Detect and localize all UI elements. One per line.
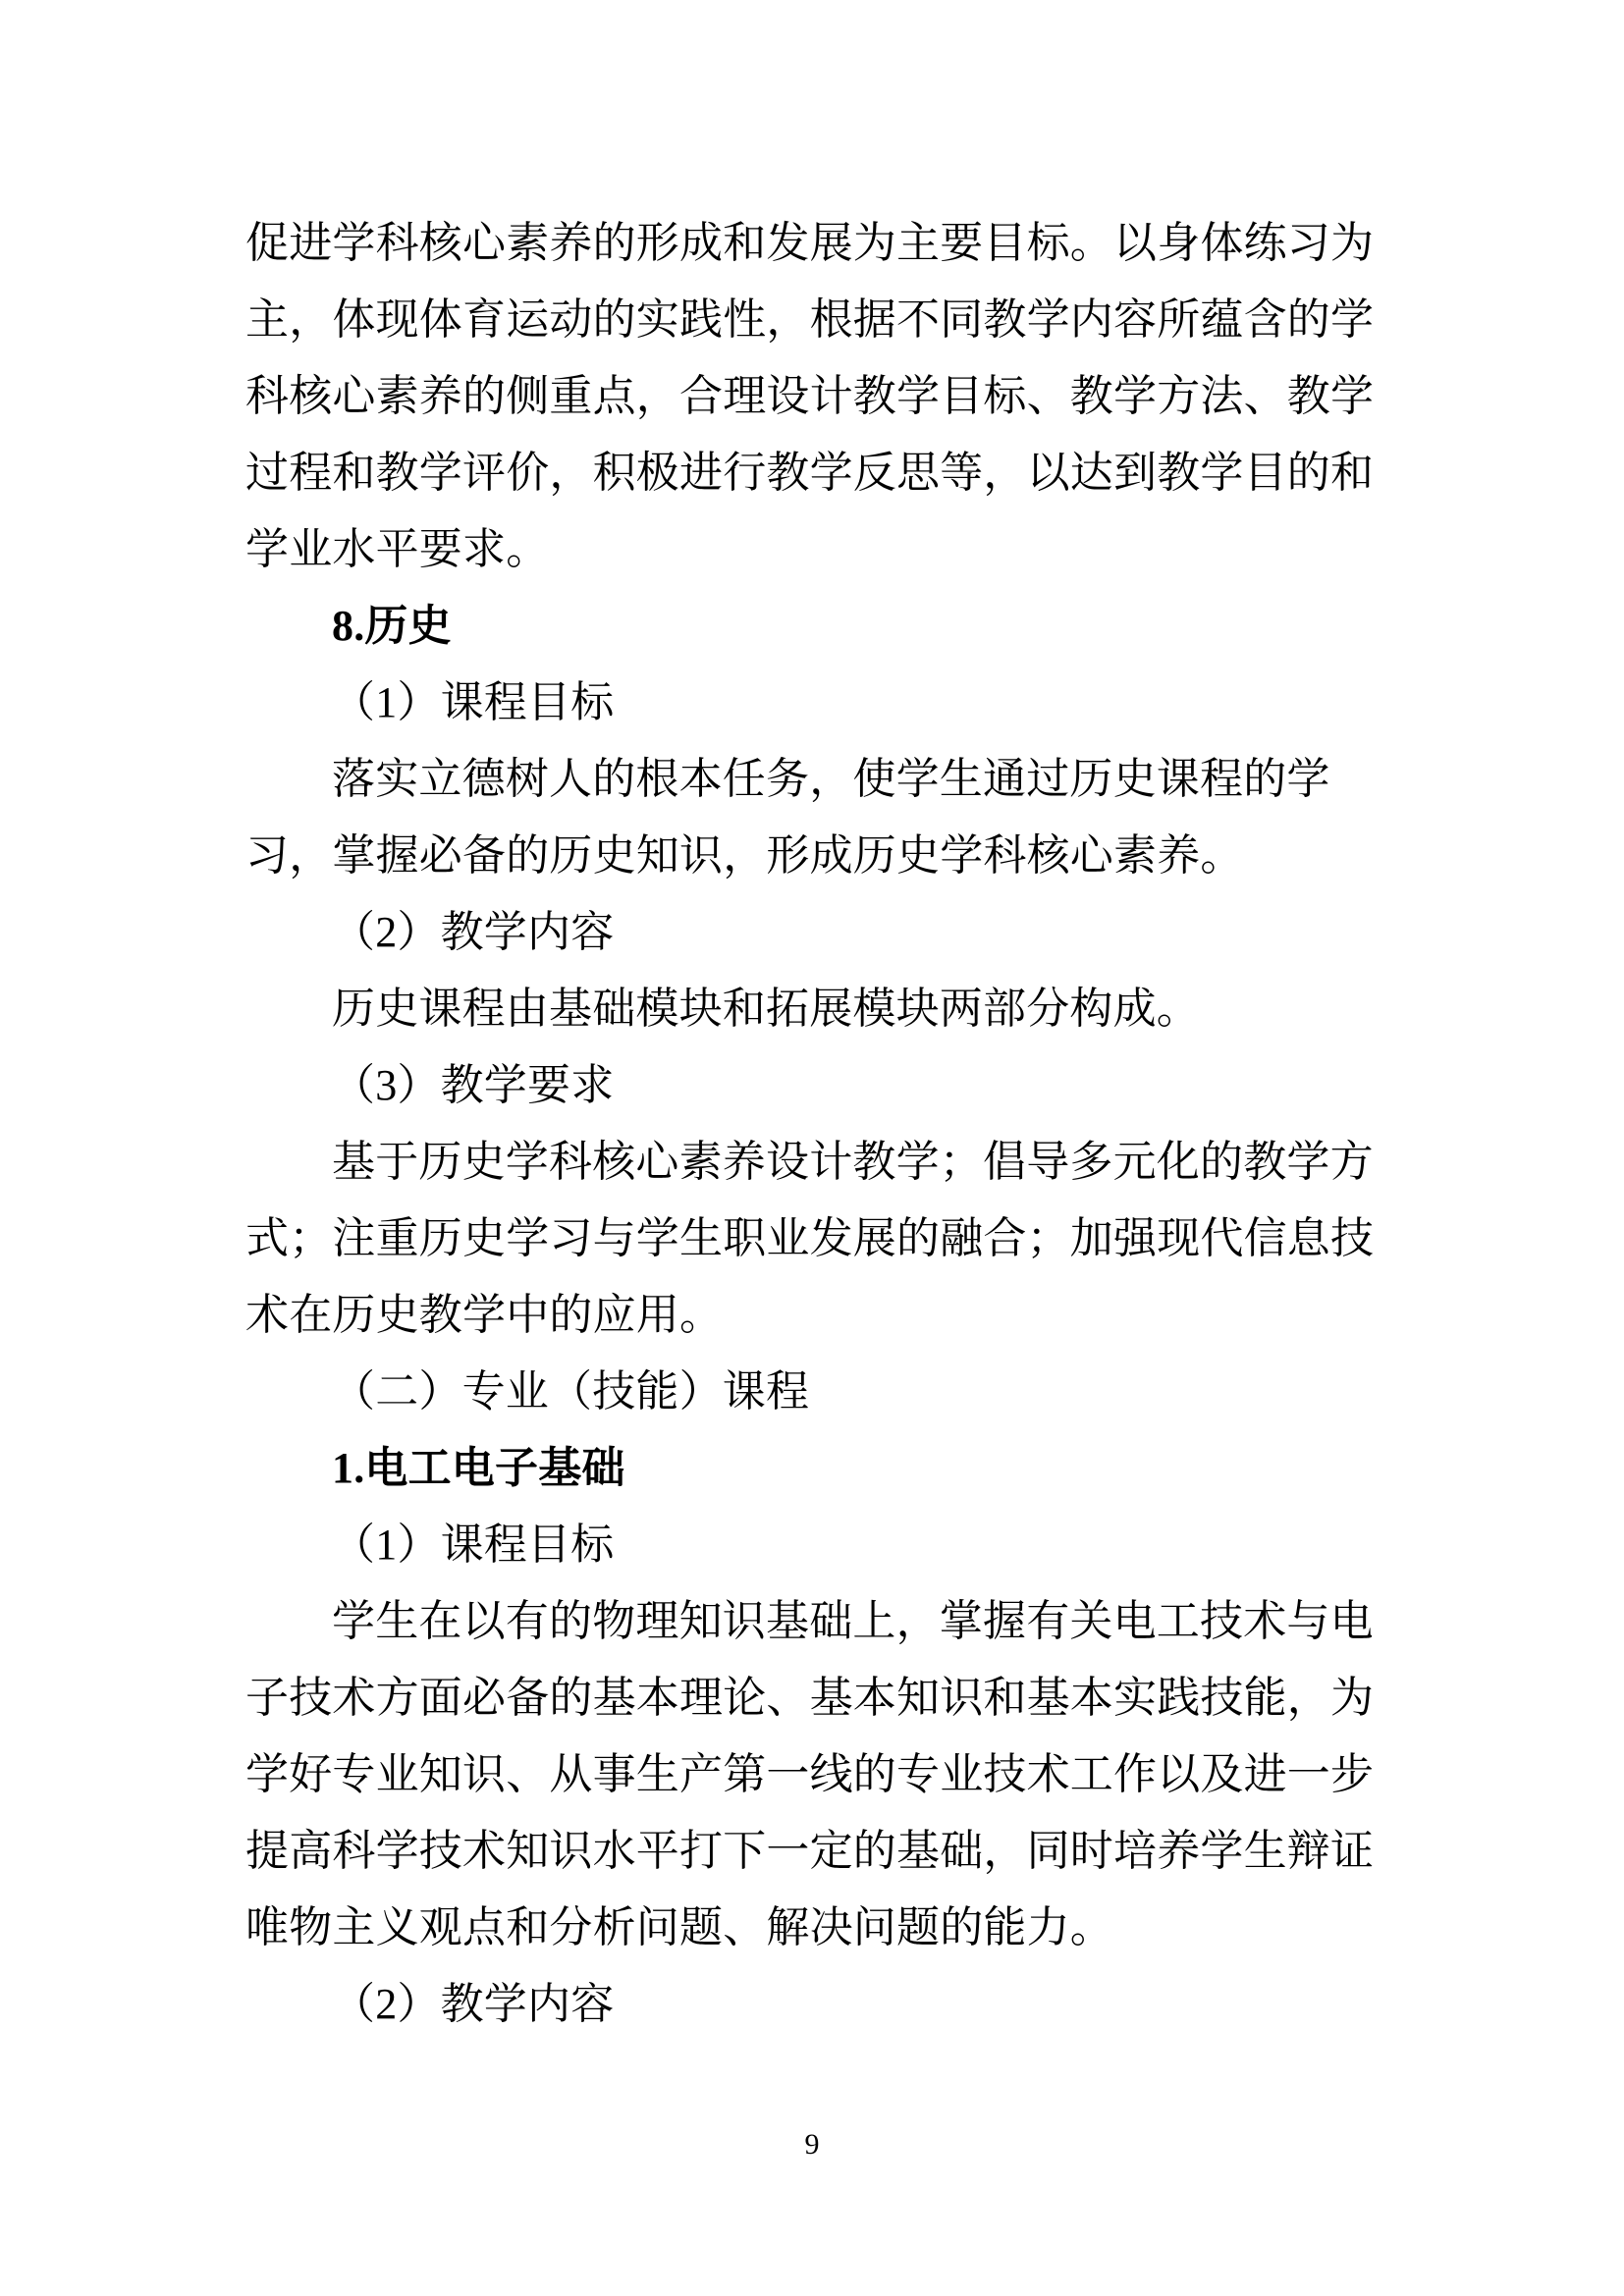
subheading-teaching-requirement: （3）教学要求 xyxy=(245,1047,1389,1124)
text-line: 科核心素养的侧重点，合理设计教学目标、教学方法、教学 xyxy=(245,358,1389,435)
text-line: 主，体现体育运动的实践性，根据不同教学内容所蕴含的学 xyxy=(245,282,1389,358)
text-line: 学业水平要求。 xyxy=(245,511,1389,588)
text-line: 式；注重历史学习与学生职业发展的融合；加强现代信息技 xyxy=(245,1201,1389,1277)
subheading-teaching-content: （2）教学内容 xyxy=(245,1966,1389,2043)
document-page: 促进学科核心素养的形成和发展为主要目标。以身体练习为 主，体现体育运动的实践性，… xyxy=(0,0,1624,2296)
text-line: 学好专业知识、从事生产第一线的专业技术工作以及进一步 xyxy=(245,1736,1389,1813)
subheading-course-goal: （1）课程目标 xyxy=(245,1507,1389,1583)
text-line: 唯物主义观点和分析问题、解决问题的能力。 xyxy=(245,1890,1389,1966)
text-line: 落实立德树人的根本任务，使学生通过历史课程的学 xyxy=(245,741,1389,818)
text-line: 历史课程由基础模块和拓展模块两部分构成。 xyxy=(245,971,1389,1047)
text-line: 习，掌握必备的历史知识，形成历史学科核心素养。 xyxy=(245,818,1389,894)
text-block: 促进学科核心素养的形成和发展为主要目标。以身体练习为 主，体现体育运动的实践性，… xyxy=(245,205,1389,2043)
subheading-teaching-content: （2）教学内容 xyxy=(245,894,1389,971)
text-line: 术在历史教学中的应用。 xyxy=(245,1277,1389,1354)
page-number: 9 xyxy=(0,2130,1624,2160)
heading-electrical-electronics: 1.电工电子基础 xyxy=(245,1430,1389,1507)
text-line: 提高科学技术知识水平打下一定的基础，同时培养学生辩证 xyxy=(245,1813,1389,1890)
text-line: 学生在以有的物理知识基础上，掌握有关电工技术与电 xyxy=(245,1583,1389,1660)
text-line: 过程和教学评价，积极进行教学反思等，以达到教学目的和 xyxy=(245,435,1389,511)
subheading-course-goal: （1）课程目标 xyxy=(245,665,1389,741)
heading-history: 8.历史 xyxy=(245,588,1389,665)
text-line: 基于历史学科核心素养设计教学；倡导多元化的教学方 xyxy=(245,1124,1389,1201)
text-line: 促进学科核心素养的形成和发展为主要目标。以身体练习为 xyxy=(245,205,1389,282)
text-line: 子技术方面必备的基本理论、基本知识和基本实践技能，为 xyxy=(245,1660,1389,1736)
heading-professional-skill-courses: （二）专业（技能）课程 xyxy=(245,1354,1389,1430)
